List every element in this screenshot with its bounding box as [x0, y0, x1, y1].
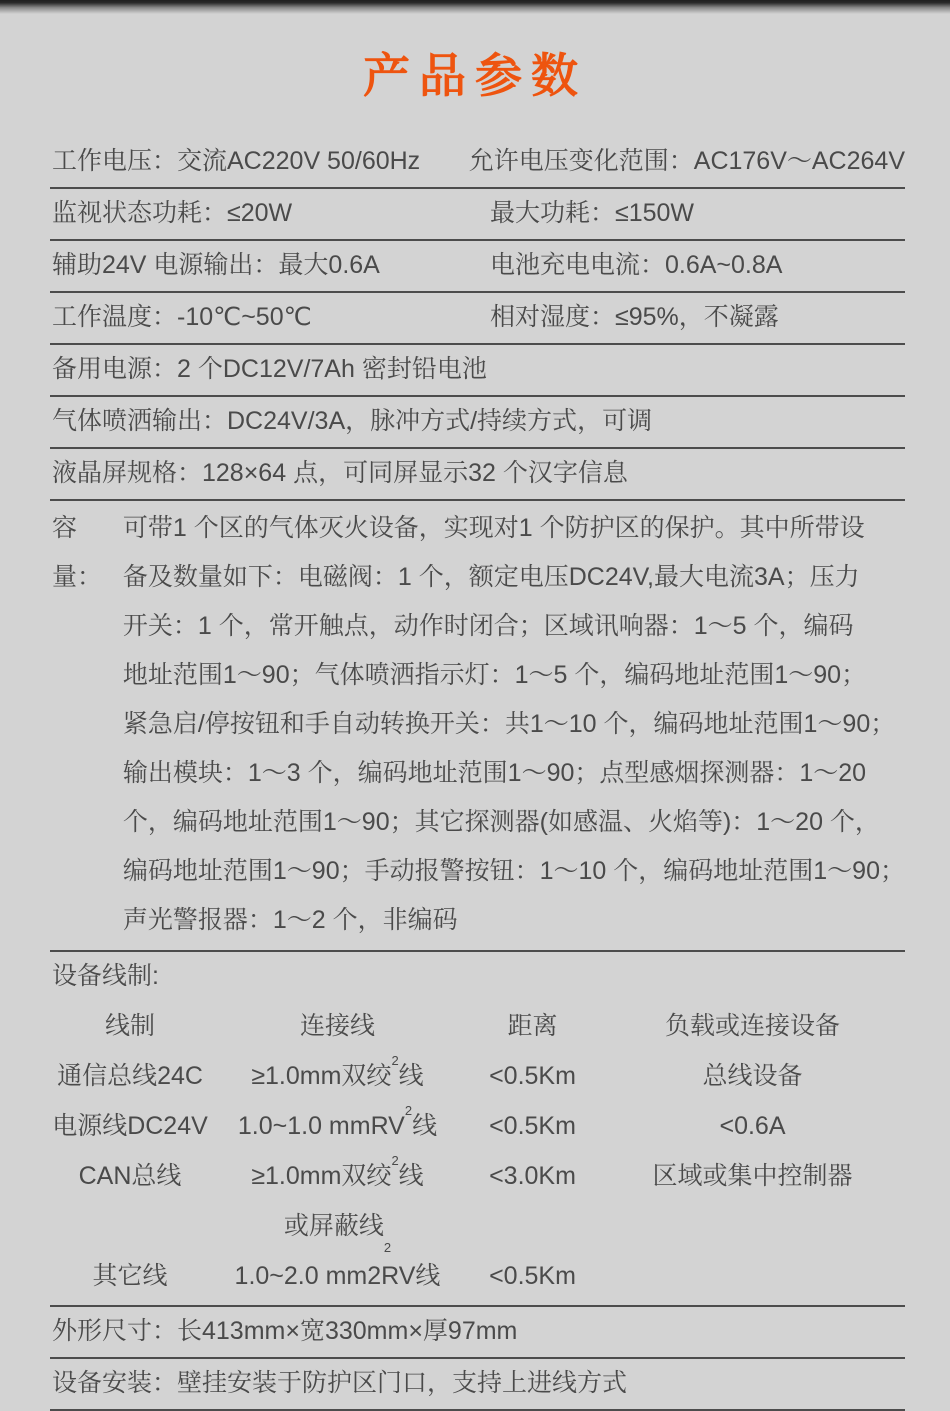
cable-text: 1.0~1.0 mmRV — [238, 1112, 405, 1140]
cable-superscript: 2 — [391, 1053, 398, 1068]
spec-working-temp: 工作温度：-10℃~50℃ — [52, 303, 490, 331]
wiring-load — [600, 1201, 905, 1251]
spec-battery-charge: 电池充电电流：0.6A~0.8A — [490, 251, 905, 279]
capacity-label: 容量： — [52, 504, 123, 945]
cable-text: 或屏蔽线 — [284, 1212, 384, 1240]
spec-empty — [490, 459, 905, 487]
cable-superscript: 2 — [391, 1153, 398, 1168]
wiring-load: 区域或集中控制器 — [600, 1151, 905, 1201]
spec-backup-power: 备用电源：2 个DC12V/7Ah 密封铅电池 — [52, 355, 490, 383]
wiring-row-comm-bus: 通信总线24C ≥1.0mm双绞2线 <0.5Km 总线设备 — [50, 1051, 905, 1101]
spec-relative-humidity: 相对湿度：≤95%，不凝露 — [490, 303, 905, 331]
cable-text: ≥1.0mm双绞 — [251, 1062, 391, 1090]
wiring-type: 电源线DC24V — [50, 1101, 210, 1151]
capacity-section: 容量： 可带1 个区的气体灭火设备，实现对1 个防护区的保护。其中所带设 备及数… — [50, 501, 905, 952]
wiring-type: 通信总线24C — [50, 1051, 210, 1101]
spec-installation: 设备安装：壁挂安装于防护区门口，支持上进线方式 — [50, 1359, 905, 1411]
wiring-header-distance: 距离 — [465, 1001, 600, 1051]
spec-row-lcd: 液晶屏规格：128×64 点，可同屏显示32 个汉字信息 — [50, 449, 905, 501]
wiring-row-other-line: 其它线 1.0~2.0 mm2RV线 <0.5Km — [50, 1251, 905, 1301]
spec-dimensions: 外形尺寸：长413mm×宽330mm×厚97mm — [50, 1307, 905, 1359]
wiring-distance: <0.5Km — [465, 1051, 600, 1101]
spec-row-aux-output: 辅助24V 电源输出：最大0.6A 电池充电电流：0.6A~0.8A — [50, 241, 905, 293]
spec-aux-24v-output: 辅助24V 电源输出：最大0.6A — [52, 251, 490, 279]
capacity-line: 输出模块：1～3 个，编码地址范围1～90；点型感烟探测器：1～20 — [123, 749, 905, 798]
spec-lcd-format: 液晶屏规格：128×64 点，可同屏显示32 个汉字信息 — [52, 459, 490, 487]
spec-row-environment: 工作温度：-10℃~50℃ 相对湿度：≤95%，不凝露 — [50, 293, 905, 345]
spec-sheet: 工作电压：交流AC220V 50/60Hz 允许电压变化范围：AC176V～AC… — [50, 137, 905, 1411]
wiring-cable: 或屏蔽线2 — [210, 1201, 465, 1251]
spec-gas-spray-output: 气体喷洒输出：DC24V/3A，脉冲方式/持续方式，可调 — [52, 407, 490, 435]
capacity-line: 紧急启/停按钮和手自动转换开关：共1～10 个，编码地址范围1～90； — [123, 700, 905, 749]
wiring-row-can-bus-continued: 或屏蔽线2 — [50, 1201, 905, 1251]
wiring-header-row: 线制 连接线 距离 负载或连接设备 — [50, 1001, 905, 1051]
spec-row-spray-output: 气体喷洒输出：DC24V/3A，脉冲方式/持续方式，可调 — [50, 397, 905, 449]
wiring-load — [600, 1251, 905, 1301]
wiring-cable: 1.0~2.0 mm2RV线 — [210, 1251, 465, 1301]
wiring-cable: ≥1.0mm双绞2线 — [210, 1151, 465, 1201]
top-shadow-strip — [0, 0, 950, 14]
wiring-type: 其它线 — [50, 1251, 210, 1301]
wiring-load: 总线设备 — [600, 1051, 905, 1101]
cable-text: 线 — [412, 1112, 437, 1140]
cable-text: 线 — [399, 1162, 424, 1190]
page-title: 产品参数 — [0, 50, 950, 102]
capacity-line: 个，编码地址范围1～90；其它探测器(如感温、火焰等)：1～20 个， — [123, 798, 905, 847]
capacity-line: 编码地址范围1～90；手动报警按钮：1～10 个，编码地址范围1～90； — [123, 847, 905, 896]
wiring-section-label: 设备线制: — [50, 952, 905, 1001]
spec-working-voltage: 工作电压：交流AC220V 50/60Hz — [52, 147, 469, 175]
spec-row-power: 监视状态功耗：≤20W 最大功耗：≤150W — [50, 189, 905, 241]
wiring-type — [50, 1201, 210, 1251]
capacity-line: 可带1 个区的气体灭火设备，实现对1 个防护区的保护。其中所带设 — [123, 504, 905, 553]
wiring-distance: <0.5Km — [465, 1251, 600, 1301]
wiring-header-load: 负载或连接设备 — [600, 1001, 905, 1051]
spec-row-backup-power: 备用电源：2 个DC12V/7Ah 密封铅电池 — [50, 345, 905, 397]
product-parameters-page: 产品参数 工作电压：交流AC220V 50/60Hz 允许电压变化范围：AC17… — [0, 0, 950, 1411]
wiring-distance — [465, 1201, 600, 1251]
wiring-distance: <3.0Km — [465, 1151, 600, 1201]
wiring-table: 线制 连接线 距离 负载或连接设备 通信总线24C ≥1.0mm双绞2线 <0.… — [50, 1001, 905, 1307]
wiring-header-type: 线制 — [50, 1001, 210, 1051]
cable-subscript: 2 — [384, 1240, 391, 1255]
wiring-row-power-line: 电源线DC24V 1.0~1.0 mmRV2线 <0.5Km <0.6A — [50, 1101, 905, 1151]
capacity-line: 声光警报器：1～2 个，非编码 — [123, 896, 905, 945]
spec-standby-power: 监视状态功耗：≤20W — [52, 199, 490, 227]
spec-max-power: 最大功耗：≤150W — [490, 199, 905, 227]
wiring-header-cable: 连接线 — [210, 1001, 465, 1051]
capacity-line: 地址范围1～90；气体喷洒指示灯：1～5 个，编码地址范围1～90； — [123, 651, 905, 700]
capacity-text: 可带1 个区的气体灭火设备，实现对1 个防护区的保护。其中所带设 备及数量如下：… — [123, 504, 905, 945]
capacity-line: 备及数量如下：电磁阀：1 个，额定电压DC24V,最大电流3A；压力 — [123, 553, 905, 602]
wiring-cable: ≥1.0mm双绞2线 — [210, 1051, 465, 1101]
wiring-type: CAN总线 — [50, 1151, 210, 1201]
wiring-row-can-bus: CAN总线 ≥1.0mm双绞2线 <3.0Km 区域或集中控制器 — [50, 1151, 905, 1201]
capacity-line: 开关：1 个，常开触点，动作时闭合；区域讯响器：1～5 个，编码 — [123, 602, 905, 651]
spec-voltage-range: 允许电压变化范围：AC176V～AC264V — [469, 147, 905, 175]
wiring-cable: 1.0~1.0 mmRV2线 — [210, 1101, 465, 1151]
cable-text: ≥1.0mm双绞 — [251, 1162, 391, 1190]
wiring-distance: <0.5Km — [465, 1101, 600, 1151]
spec-empty — [490, 355, 905, 383]
wiring-load: <0.6A — [600, 1101, 905, 1151]
cable-superscript: 2 — [405, 1103, 412, 1118]
cable-text: 线 — [399, 1062, 424, 1090]
spec-row-voltage: 工作电压：交流AC220V 50/60Hz 允许电压变化范围：AC176V～AC… — [50, 137, 905, 189]
cable-text: 1.0~2.0 mm2RV线 — [235, 1262, 441, 1290]
spec-empty — [490, 407, 905, 435]
